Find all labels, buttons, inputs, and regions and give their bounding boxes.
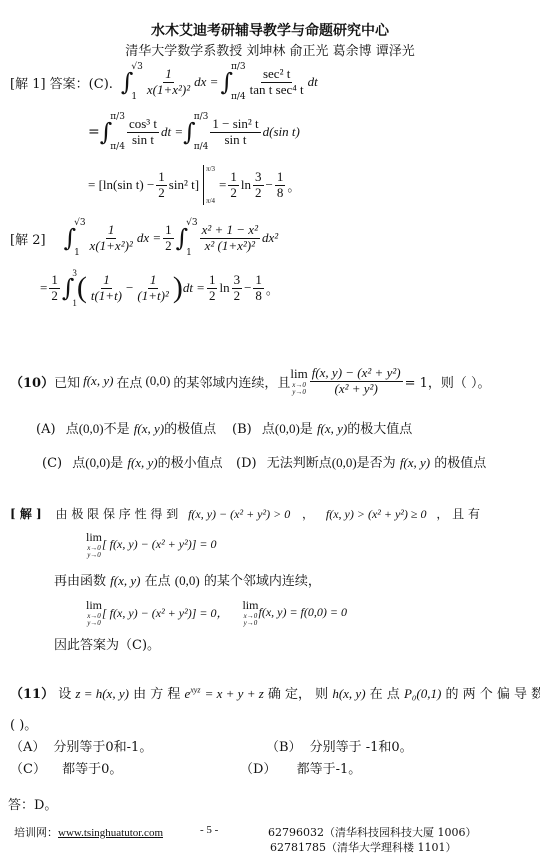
limit: limx→0y→0 [242, 598, 258, 627]
evaluation-bar: π/3π/4 [203, 165, 215, 205]
solution10-line3: 再由函数 f(x, y) 在点 (0,0) 的某个邻域内连续， [54, 570, 321, 589]
question11-option-a[interactable]: （A）分别等于0和-1。 [10, 736, 152, 755]
question10-option-d[interactable]: (D) 无法判断点(0,0)是否为 f(x, y) 的极值点 [236, 452, 486, 471]
question11-stem: （11） 设 z = h(x, y) 由 方 程 exyz = x + y + … [10, 683, 540, 702]
solution1-line3: = [ln(sin t) − 12 sin² t] π/3π/4 = 12 ln… [88, 165, 300, 205]
solution1-line2: = ∫π/3π/4 cos³ tsin t dt = ∫π/3π/4 1 − s… [88, 112, 300, 152]
page-title: 水木艾迪考研辅导教学与命题研究中心 [0, 20, 540, 40]
footer-phone2: 62781785（清华大学理科楼 1101） [270, 839, 456, 855]
question-number: （10） [10, 372, 54, 391]
solution10-line2: limx→0y→0 [ f(x, y) − (x² + y²)] = 0 [86, 530, 216, 559]
question10-stem: （10） 已知 f(x, y) 在点 (0,0) 的某邻域内连续，且 limx→… [10, 366, 491, 397]
question10-option-a[interactable]: (A) 点(0,0)不是 f(x, y)的极值点 [36, 418, 216, 437]
question11-option-b[interactable]: （B）分别等于 -1和0。 [266, 736, 413, 755]
limit: limx→0y→0 [86, 598, 102, 627]
limit: limx→0y→0 [86, 530, 102, 559]
page-number: - 5 - [200, 824, 218, 836]
question11-blank: ( )。 [10, 714, 37, 733]
fraction: cos³ tsin t [127, 117, 159, 148]
limit: limx→0y→0 [290, 366, 307, 396]
solution1-line1: [解 1] 答案：(C). ∫√31 1x(1+x²)² dx = ∫π/3π/… [10, 62, 318, 102]
solution2-label: [解 2] [10, 229, 46, 248]
solution10-line1: [ 解 ] 由 极 限 保 序 性 得 到 f(x, y) − (x² + y²… [10, 505, 480, 522]
fraction: 1 − sin² tsin t [210, 117, 260, 148]
question10-option-b[interactable]: (B) 点(0,0)是 f(x, y)的极大值点 [232, 418, 412, 437]
footer-site: 培训网：www.tsinghuatutor.com [14, 824, 163, 840]
fraction: sec² ttan t sec⁴ t [248, 67, 306, 98]
integral: ∫π/3π/4 [183, 112, 208, 152]
question11-answer: 答：D。 [8, 794, 57, 813]
integral: ∫π/3π/4 [100, 112, 125, 152]
integral: ∫π/3π/4 [220, 62, 245, 102]
solution10-conclusion: 因此答案为（C)。 [54, 634, 160, 653]
solution2-line2: = 12 ∫31 ( 1t(1+t) − 1(1+t)² ) dt = 12 l… [40, 268, 279, 308]
site-link[interactable]: www.tsinghuatutor.com [58, 827, 163, 839]
integral: ∫31 [62, 268, 77, 308]
integral: ∫√31 [64, 218, 86, 258]
fraction: 1x(1+x²)² [145, 67, 192, 98]
integral: ∫√31 [176, 218, 198, 258]
solution10-line4: limx→0y→0 [ f(x, y) − (x² + y²)] = 0， li… [86, 598, 347, 627]
solution1-label: [解 1] 答案：(C). [10, 73, 113, 92]
solution2-line1: [解 2] ∫√31 1x(1+x²)² dx = 12 ∫√31 x² + 1… [10, 218, 278, 258]
question11-option-d[interactable]: （D） 都等于-1。 [240, 758, 361, 777]
footer-phone1: 62796032（清华科技园科技大厦 1006） [268, 824, 476, 840]
authors-line: 清华大学数学系教授 刘坤林 俞正光 葛余博 谭泽光 [0, 40, 540, 59]
question10-option-c[interactable]: (C) 点(0,0)是 f(x, y)的极小值点 [42, 452, 223, 471]
integral: ∫√31 [121, 62, 143, 102]
question11-option-c[interactable]: （C） 都等于0。 [10, 758, 122, 777]
